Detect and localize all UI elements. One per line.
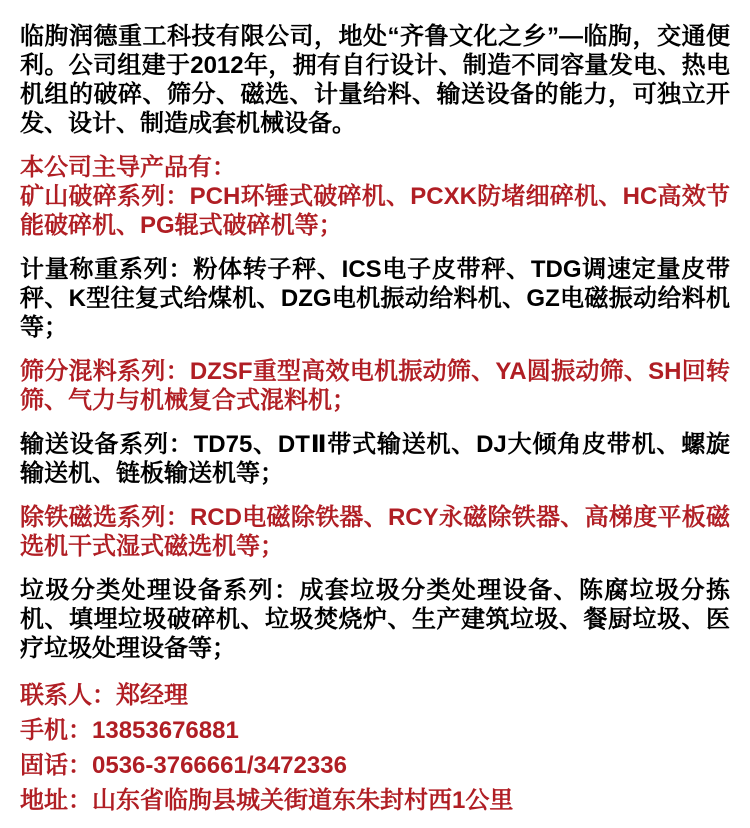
series-screening-mixing: 筛分混料系列：DZSF重型高效电机振动筛、YA圆振动筛、SH回转筛、气力与机械复…	[20, 357, 730, 415]
contact-person-line: 联系人：郑经理	[20, 678, 730, 713]
series-iron-removal-magnetic: 除铁磁选系列：RCD电磁除铁器、RCY永磁除铁器、高梯度平板磁选机干式湿式磁选机…	[20, 503, 730, 561]
main-products-block: 本公司主导产品有： 矿山破碎系列：PCH环锤式破碎机、PCXK防堵细碎机、HC高…	[20, 153, 730, 240]
contact-info: 联系人：郑经理 手机：13853676881 固话：0536-3766661/3…	[20, 678, 730, 818]
main-products-heading: 本公司主导产品有：	[20, 153, 730, 182]
contact-address-line: 地址：山东省临朐县城关街道东朱封村西1公里	[20, 783, 730, 818]
series-waste-sorting-equipment: 垃圾分类处理设备系列：成套垃圾分类处理设备、陈腐垃圾分拣机、填埋垃圾破碎机、垃圾…	[20, 576, 730, 663]
company-product-description: 临朐润德重工科技有限公司，地处“齐鲁文化之乡”—临朐，交通便利。公司组建于201…	[0, 0, 750, 828]
company-intro-paragraph: 临朐润德重工科技有限公司，地处“齐鲁文化之乡”—临朐，交通便利。公司组建于201…	[20, 22, 730, 138]
series-weighing-metering: 计量称重系列：粉体转子秤、ICS电子皮带秤、TDG调速定量皮带秤、K型往复式给煤…	[20, 255, 730, 342]
series-mining-crusher: 矿山破碎系列：PCH环锤式破碎机、PCXK防堵细碎机、HC高效节能破碎机、PG辊…	[20, 182, 730, 240]
contact-landline-line: 固话：0536-3766661/3472336	[20, 748, 730, 783]
contact-mobile-line: 手机：13853676881	[20, 713, 730, 748]
series-conveying-equipment: 输送设备系列：TD75、DTⅡ带式输送机、DJ大倾角皮带机、螺旋输送机、链板输送…	[20, 430, 730, 488]
